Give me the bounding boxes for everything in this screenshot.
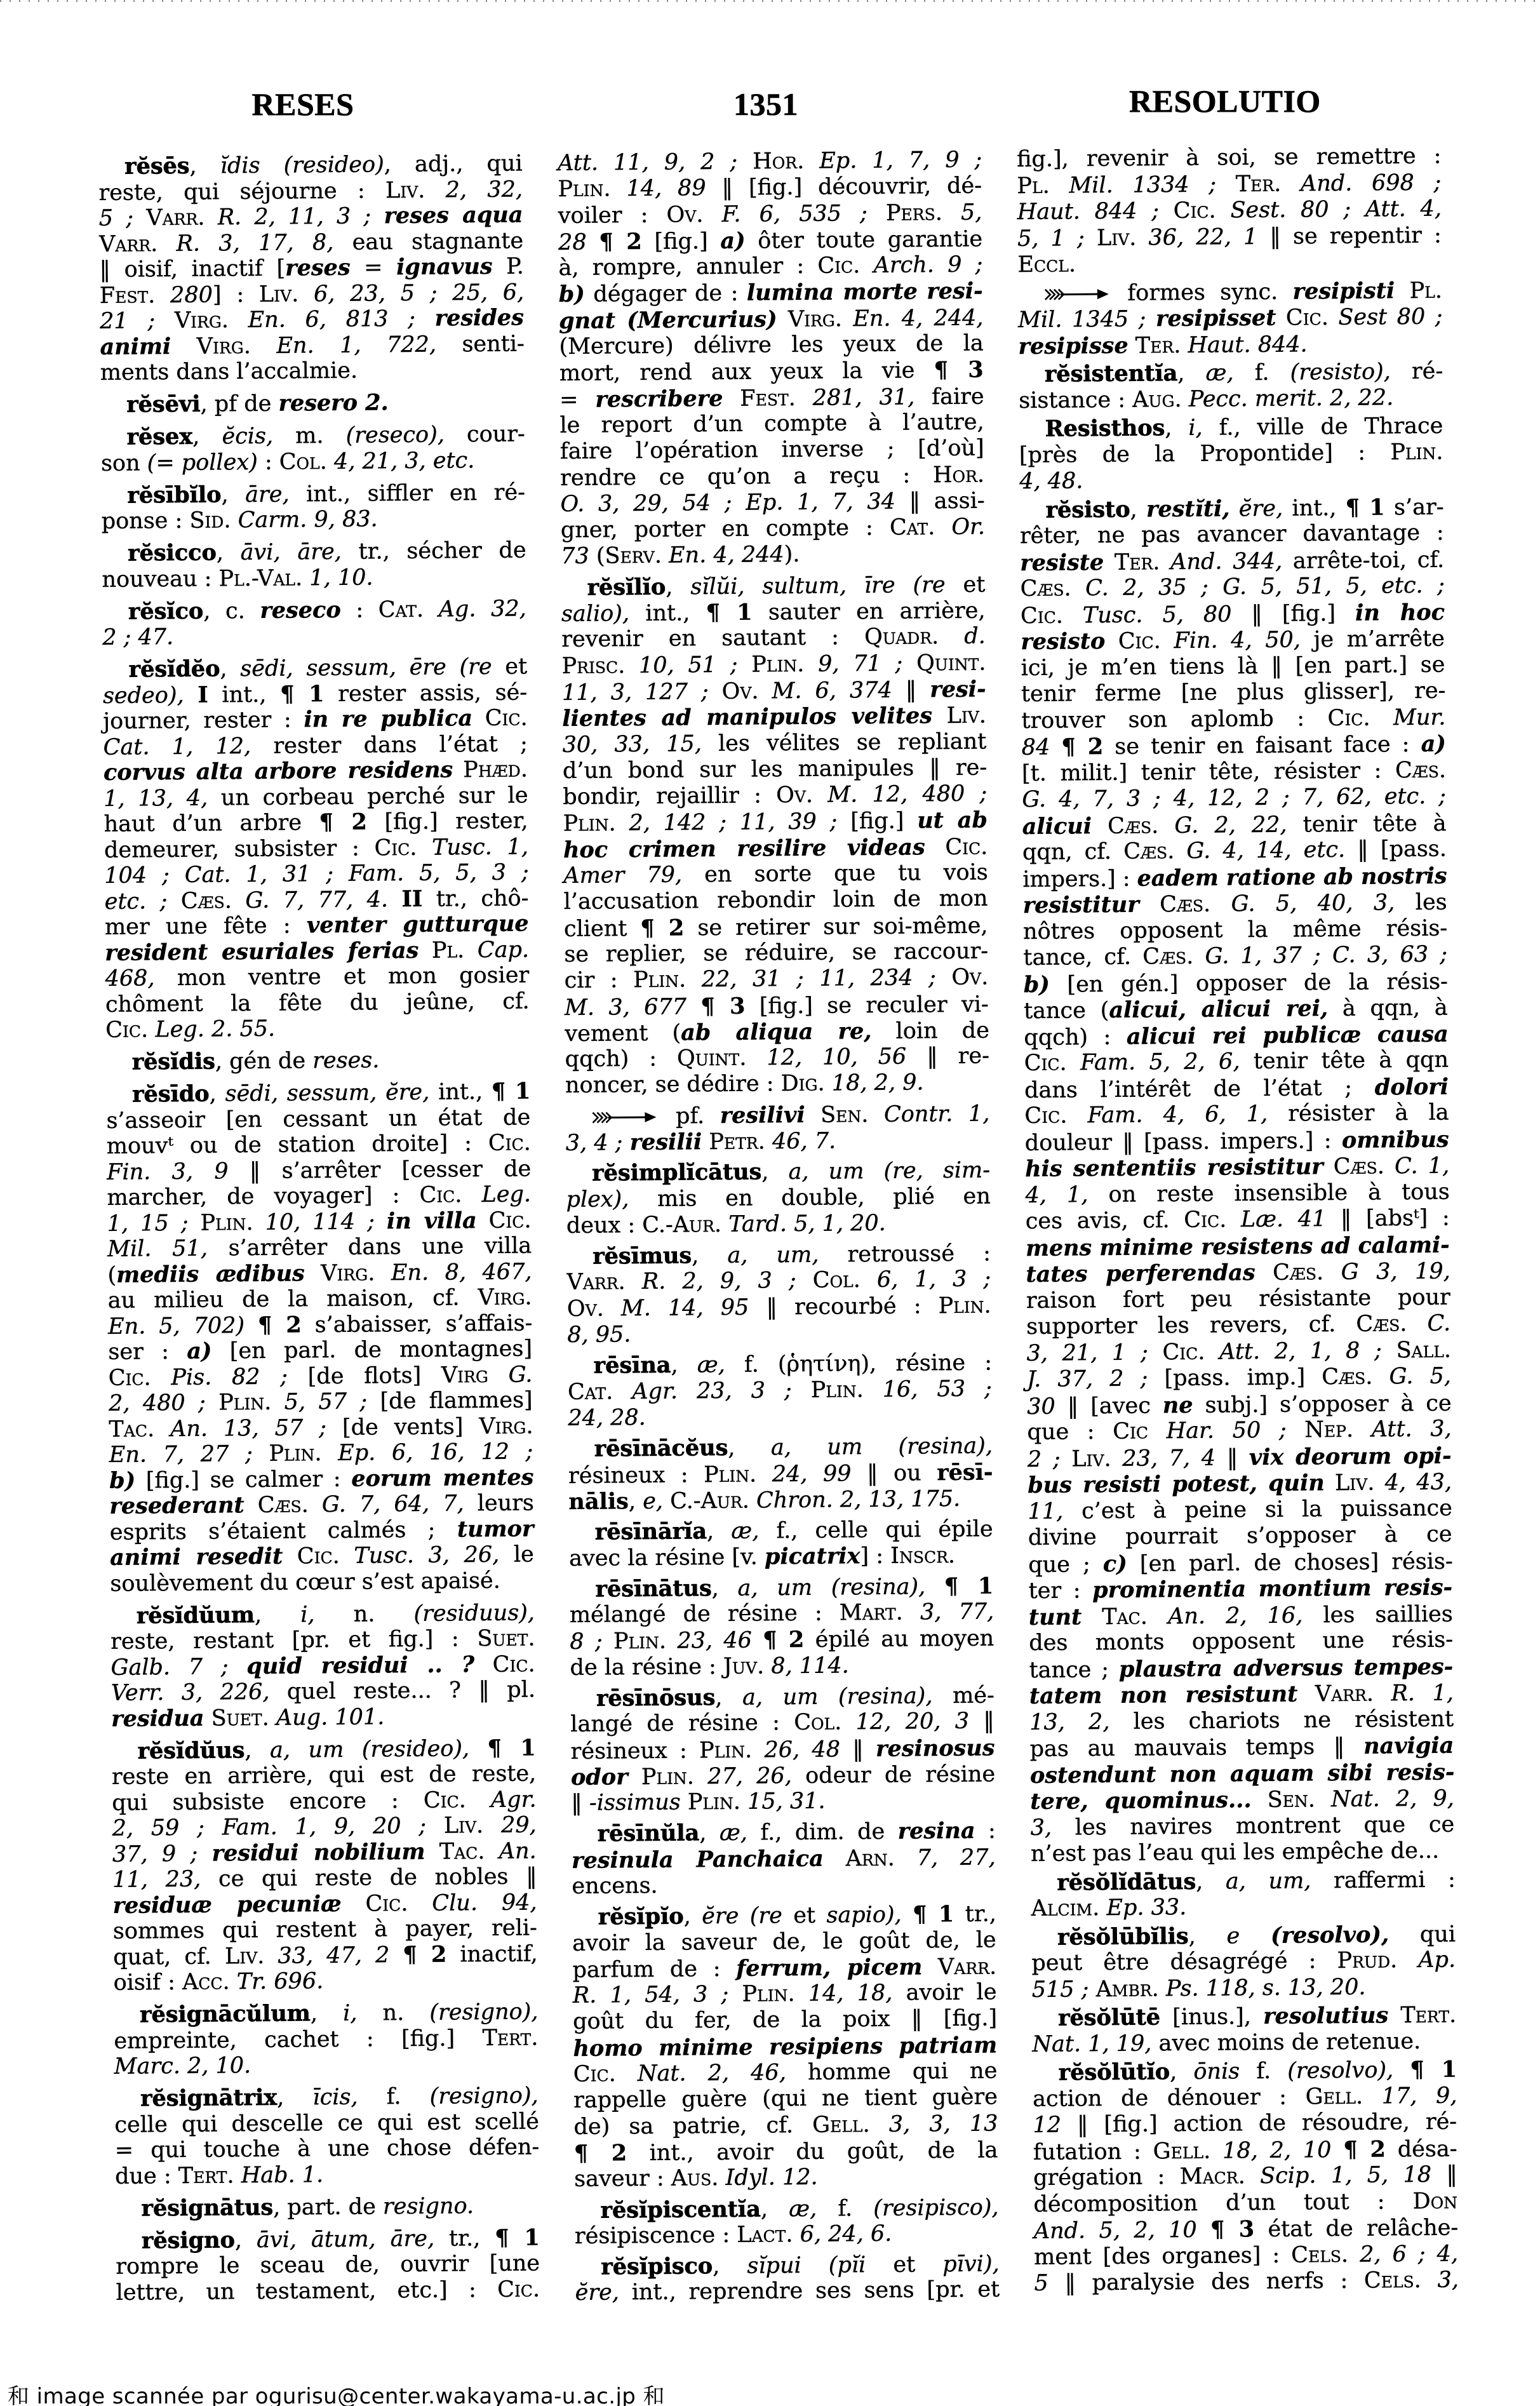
latin-example: plaustra adversus tempes- bbox=[1119, 1653, 1454, 1682]
line-text: 3, les navires montrent que ce bbox=[1030, 1811, 1454, 1841]
text-line: his sententiis resistitur Cæs. C. 1, bbox=[1025, 1153, 1449, 1183]
text-line: 1, 15 ; Plin. 10, 114 ; in villa Cic. bbox=[107, 1207, 532, 1237]
text-line: resistitur Cæs. G. 5, 40, 3, les bbox=[1023, 889, 1447, 919]
text-line: rĕsignātrix, īcis, f. (resigno), bbox=[114, 2083, 539, 2112]
text-line: sistance : Aug. Pecc. merit. 2, 22. bbox=[1019, 384, 1443, 414]
line-text: marcher, de voyager] : Cic. Leg. bbox=[107, 1181, 531, 1211]
text-line: rēsīnōsus, a, um (resina), mé- bbox=[570, 1682, 994, 1712]
headword: rĕsēvi bbox=[126, 391, 201, 418]
citation: Aug. 101. bbox=[276, 1704, 385, 1730]
citation: G. 2, 22, bbox=[1174, 812, 1287, 838]
line-text: Cic. Leg. 2. 55. bbox=[105, 1016, 275, 1044]
text-line: etc. ; Cæs. G. 7, 77, 4. II tr., chô- bbox=[104, 885, 528, 915]
citation: (residuus), bbox=[413, 1600, 535, 1627]
author-abbreviation: Ov. bbox=[567, 1296, 604, 1321]
author-abbreviation: Pl. bbox=[1017, 173, 1050, 198]
latin-example: odor bbox=[571, 1764, 628, 1791]
line-text: [près de la Propontide] : Plin. bbox=[1019, 439, 1443, 469]
text-line: reste, restant [pr. et fig.] : Suet. bbox=[110, 1625, 535, 1655]
latin-example: resistitur bbox=[1023, 892, 1139, 918]
text-line: quat, cf. Liv. 33, 47, 2 ¶ 2 inactif, bbox=[113, 1941, 537, 1970]
latin-example: resident esuriales ferias bbox=[105, 937, 418, 965]
line-text: Amer 79, en sorte que tu vois bbox=[563, 860, 988, 890]
text-line: G. 4, 7, 3 ; 4, 12, 2 ; 7, 62, etc. ; bbox=[1022, 784, 1446, 814]
line-text: le report d’un compte à l’autre, bbox=[559, 410, 984, 440]
citation: 7, 27, bbox=[917, 1845, 996, 1871]
line-text: resisto Cic. Fin. 4, 50, je m’arrête bbox=[1021, 626, 1445, 656]
author-abbreviation: Tert. bbox=[482, 2025, 538, 2051]
citation: And. 698 ; bbox=[1301, 170, 1442, 196]
author-abbreviation: Plin. bbox=[939, 1293, 991, 1319]
citation: 10, 114 ; bbox=[265, 1209, 375, 1235]
entry-continuation: Att. 11, 9, 2 ; Hor. Ep. 1, 7, 9 ;Plin. … bbox=[558, 147, 985, 570]
author-abbreviation: Ov. bbox=[776, 783, 813, 808]
author-abbreviation: Cic. bbox=[1327, 705, 1370, 731]
line-text: Pl. Mil. 1334 ; Ter. And. 698 ; bbox=[1017, 170, 1441, 199]
text-line: 30, 33, 15, les vélites se repliant bbox=[562, 729, 986, 758]
dictionary-entry: rĕsībĭlo, āre, int., siffler en ré-ponse… bbox=[101, 480, 526, 534]
line-text: Varr. R. 3, 17, 8, eau stagnante bbox=[99, 228, 523, 257]
citation: Tr. 696. bbox=[237, 1968, 324, 1994]
citation: Amer 79, bbox=[563, 863, 682, 889]
citation: 18, 2, 10 bbox=[1222, 2137, 1332, 2163]
line-text: Marc. 2, 10. bbox=[114, 2053, 251, 2080]
citation: O. 3, 29, 54 ; Ep. 1, 7, 34 bbox=[560, 489, 895, 517]
line-text: tance, cf. Cæs. G. 1, 37 ; C. 3, 63 ; bbox=[1023, 942, 1447, 972]
text-line: dans l’intérêt de l’état ; dolori bbox=[1024, 1073, 1449, 1103]
line-text: avec la résine [v. picatrix] : Inscr. bbox=[569, 1542, 955, 1572]
author-abbreviation: Nep. bbox=[1304, 1417, 1353, 1443]
text-line: reste en arrière, qui est de reste, bbox=[112, 1761, 536, 1790]
text-line: ser : a) [en parl. de montagnes] bbox=[108, 1336, 532, 1365]
headword: rĕsībĭlo bbox=[127, 481, 221, 508]
citation: 3, 77, bbox=[920, 1599, 994, 1625]
line-text: Resisthos, i, f., ville de Thrace bbox=[1045, 413, 1443, 443]
text-line: client ¶ 2 se retirer sur soi-même, bbox=[564, 912, 988, 942]
text-line: n’est pas l’eau qui les empêche de... bbox=[1031, 1838, 1455, 1868]
citation: 26, 48 bbox=[764, 1737, 840, 1763]
citation: M. 12, 480 ; bbox=[827, 781, 987, 808]
text-line: formes sync. resipisti Pl. bbox=[1018, 277, 1442, 307]
citation: æ, bbox=[697, 1352, 725, 1378]
citation: sedeo), bbox=[103, 682, 184, 708]
line-text: 73 (Serv. En. 4, 244). bbox=[561, 542, 800, 570]
author-abbreviation: Cic. bbox=[497, 2276, 540, 2302]
text-line: rĕsisto, restĭti, ĕre, int., ¶ 1 s’ar- bbox=[1019, 494, 1443, 523]
line-text: bus resisti potest, quin Liv. 4, 43, bbox=[1028, 1469, 1452, 1500]
latin-example: ignavus bbox=[396, 253, 493, 280]
text-line: soulèvement du cœur s’est apaisé. bbox=[110, 1568, 534, 1597]
text-line: Tac. An. 13, 57 ; [de vents] Virg. bbox=[109, 1413, 533, 1442]
line-text: ¶ 2 int., avoir du goût, de la bbox=[574, 2137, 998, 2167]
bold-marker: ¶ 1 bbox=[492, 1078, 531, 1105]
text-line: pas au mauvais temps ‖ navigia bbox=[1029, 1733, 1454, 1763]
line-text: rĕsisto, restĭti, ĕre, int., ¶ 1 s’ar- bbox=[1045, 494, 1443, 524]
citation: Fam. 5, 2, 6, bbox=[1080, 1049, 1240, 1075]
latin-example: ut ab bbox=[917, 807, 988, 834]
line-text: rĕsĭpĭo, ĕre (re et sapio), ¶ 1 tr., bbox=[598, 1901, 996, 1931]
text-line: 104 ; Cat. 1, 31 ; Fam. 5, 5, 3 ; bbox=[104, 859, 528, 889]
scan-credit-footer: 和 image scannée par ogurisu@center.wakay… bbox=[8, 2384, 665, 2406]
author-abbreviation: Cic. bbox=[1024, 1103, 1067, 1129]
citation: G. 7, 64, 7, bbox=[322, 1491, 464, 1517]
author-abbreviation: Suet. bbox=[211, 1705, 269, 1731]
line-text: rĕsŏlūtĭo, ōnis f. (resolvo), ¶ 1 bbox=[1059, 2057, 1457, 2087]
bold-marker: ¶ 1 bbox=[280, 681, 325, 708]
headword: rēsīnārĭa bbox=[595, 1518, 707, 1545]
latin-example: alicui, alicui rei, bbox=[1109, 995, 1328, 1023]
text-line: résineux : Plin. 26, 48 ‖ resinosus bbox=[570, 1735, 994, 1764]
line-text: soulèvement du cœur s’est apaisé. bbox=[110, 1568, 500, 1597]
citation: 30 bbox=[1027, 1394, 1055, 1419]
latin-example: mens minime resistens ad calami- bbox=[1026, 1232, 1450, 1261]
latin-example: venter gutturque bbox=[307, 910, 529, 938]
latin-example: in villa bbox=[387, 1207, 477, 1234]
dictionary-entry: rĕsŏlūtĭo, ōnis f. (resolvo), ¶ 1action … bbox=[1033, 2057, 1459, 2297]
line-text: haut d’un arbre ¶ 2 [fig.] rester, bbox=[104, 808, 528, 837]
citation: 3, 3, 13 bbox=[889, 2111, 998, 2137]
headword: rĕsĭdŭus bbox=[137, 1737, 244, 1764]
bold-marker: ¶ 2 bbox=[640, 915, 684, 941]
text-line: (mediis ædibus Virg. En. 8, 467, bbox=[107, 1259, 532, 1288]
citation: salio), bbox=[561, 601, 629, 627]
author-abbreviation: Quint. bbox=[677, 1045, 747, 1072]
citation: R. 1, 54, 3 ; bbox=[573, 1982, 729, 2008]
latin-example: resi- bbox=[930, 676, 986, 703]
latin-example: tates perferendas bbox=[1026, 1260, 1255, 1287]
latin-example: c) bbox=[1103, 1550, 1127, 1576]
text-line: animi Virg. En. 1, 722, senti- bbox=[100, 331, 524, 360]
text-line: 2 ; 47. bbox=[102, 621, 526, 650]
citation: 280 bbox=[170, 282, 213, 308]
line-text: noncer, se dédire : Dig. 18, 2, 9. bbox=[565, 1070, 924, 1099]
text-line: rappelle guère (qui ne tient guère bbox=[573, 2085, 998, 2114]
line-text: cir : Plin. 22, 31 ; 11, 234 ; Ov. bbox=[565, 965, 989, 995]
line-text: 468, mon ventre et mon gosier bbox=[105, 962, 529, 991]
citation: Tusc. 5, 80 bbox=[1083, 601, 1232, 628]
author-abbreviation: Col. bbox=[279, 449, 327, 475]
text-line: Resisthos, i, f., ville de Thrace bbox=[1019, 413, 1443, 443]
citation: pīvi), bbox=[942, 2252, 1000, 2278]
author-abbreviation: Plin. bbox=[1390, 439, 1443, 465]
text-line: Cat. 1, 12, rester dans l’état ; bbox=[103, 731, 527, 760]
text-line: empreinte, cachet : [fig.] Tert. bbox=[114, 2025, 538, 2054]
author-abbreviation: Hor. bbox=[753, 149, 804, 175]
text-line: mélangé de résine : Mart. 3, 77, bbox=[570, 1599, 994, 1629]
line-text: 5, 1 ; Liv. 36, 22, 1 ‖ se repentir : bbox=[1017, 222, 1442, 252]
dictionary-entry: rēsīna, æ, f. (ῥητίνη), résine :Cat. Agr… bbox=[568, 1350, 993, 1432]
text-line: des monts opposent une résis- bbox=[1029, 1627, 1453, 1657]
citation: 37, 9 ; bbox=[112, 1841, 198, 1867]
author-abbreviation: Acc. bbox=[182, 1969, 230, 1995]
text-line: ces avis, cf. Cic. Læ. 41 ‖ [absᵗ] : bbox=[1026, 1206, 1450, 1235]
text-line: animi resedit Cic. Tusc. 3, 26, le bbox=[110, 1542, 534, 1571]
citation: 281, 31, bbox=[813, 384, 915, 410]
dictionary-page: RESES 1351 RESOLUTIO rĕsēs, ĭdis (reside… bbox=[0, 0, 1540, 2406]
citation: āvi, ātum, āre, bbox=[257, 2226, 434, 2252]
citation: Marc. 2, 10. bbox=[114, 2053, 251, 2080]
bold-marker: ¶ 2 bbox=[403, 1941, 446, 1968]
citation: G. 7, 77, 4. bbox=[245, 887, 388, 913]
bold-marker: ¶ 1 bbox=[1346, 494, 1385, 521]
author-abbreviation: P. bbox=[506, 254, 524, 279]
line-text: rĕsignācŭlum, i, n. (resigno), bbox=[140, 1999, 539, 2028]
text-line: chôment la fête du jeûne, cf. bbox=[105, 988, 530, 1018]
line-text: tance (alicui, alicui rei, à qqn, à bbox=[1024, 995, 1448, 1025]
latin-example: lientes ad manipulos velites bbox=[562, 702, 932, 732]
text-line: bondir, rejaillir : Ov. M. 12, 480 ; bbox=[563, 781, 987, 811]
line-text: rĕsēvi, pf de resero 2. bbox=[126, 390, 389, 418]
latin-example: a) bbox=[1421, 731, 1446, 757]
author-abbreviation: Hor. bbox=[933, 462, 984, 488]
line-text: mouvᵗ ou de station droite] : Cic. bbox=[107, 1130, 531, 1159]
line-text: nôtres opposent la même résis- bbox=[1023, 915, 1447, 945]
text-line: tunt Tac. An. 2, 16, les saillies bbox=[1029, 1601, 1453, 1630]
citation: Sest. 80 ; Att. 4, bbox=[1230, 196, 1442, 224]
citation: ĕre (re bbox=[702, 1904, 782, 1930]
text-line: au milieu de la maison, cf. Virg. bbox=[108, 1284, 532, 1314]
latin-example: ne bbox=[1163, 1392, 1193, 1418]
dictionary-entry: rĕsŏlĭdātus, a, um, raffermi :Alcim. Ep.… bbox=[1031, 1866, 1456, 1922]
text-line: qqn, cf. Cæs. G. 4, 14, etc. ‖ [pass. bbox=[1022, 837, 1447, 866]
line-text: action de dénouer : Gell. 17, 9, bbox=[1033, 2083, 1457, 2113]
line-text: voiler : Ov. F. 6, 535 ; Pers. 5, bbox=[558, 199, 982, 229]
citation: 5, 1 ; bbox=[1017, 225, 1085, 252]
line-text: Cic. Fam. 5, 2, 6, tenir tête à qqn bbox=[1024, 1047, 1449, 1077]
bold-marker: ¶ 2 bbox=[319, 809, 367, 836]
text-line: 1, 13, 4, un corbeau perché sur le bbox=[104, 783, 528, 812]
citation: 3, bbox=[1030, 1815, 1052, 1840]
text-line: son (= pollex) : Col. 4, 21, 3, etc. bbox=[101, 447, 525, 476]
latin-example: navigia bbox=[1363, 1733, 1454, 1759]
text-line: ments dans l’accalmie. bbox=[100, 357, 525, 386]
text-line: alicui Cæs. G. 2, 22, tenir tête à bbox=[1022, 810, 1447, 840]
latin-example: resinosus bbox=[876, 1735, 995, 1762]
citation: And. 5, 2, 10 bbox=[1034, 2217, 1197, 2244]
citation: C. bbox=[1427, 1311, 1450, 1336]
line-text: Plin. 2, 142 ; 11, 39 ; [fig.] ut ab bbox=[563, 807, 988, 838]
latin-example: animi bbox=[100, 333, 171, 360]
line-text: résipiscence : Lact. 6, 24, 6. bbox=[575, 2221, 892, 2250]
line-text: fig.], revenir à soi, se remettre : bbox=[1017, 144, 1442, 173]
citation: 515 ; bbox=[1032, 1977, 1089, 2003]
latin-example: picatrix bbox=[765, 1543, 860, 1570]
author-abbreviation: Liv. bbox=[1097, 225, 1137, 251]
citation: 1, 13, 4, bbox=[104, 785, 208, 811]
author-abbreviation: Cic. bbox=[1286, 305, 1329, 331]
author-abbreviation: Liv. bbox=[946, 703, 986, 729]
line-text: O. 3, 29, 54 ; Ep. 1, 7, 34 ‖ assi- bbox=[560, 488, 984, 518]
line-text: ĕre, int., reprendre ses sens [pr. et bbox=[575, 2277, 1000, 2307]
headword: rēsīna bbox=[594, 1352, 671, 1379]
line-text: Verr. 3, 226, quel reste... ? ‖ pl. bbox=[111, 1677, 535, 1706]
author-abbreviation: Sall. bbox=[1396, 1337, 1451, 1363]
text-line: rêter, ne pas avancer davantage : bbox=[1020, 520, 1444, 550]
line-text: Nat. 1, 19, avec moins de retenue. bbox=[1032, 2029, 1421, 2059]
text-line: reste, qui séjourne : Liv. 2, 32, bbox=[98, 177, 523, 206]
line-text: resipisse Ter. Haut. 844. bbox=[1018, 331, 1308, 360]
text-line: rĕsĭpiscentĭa, æ, f. (resipisco), bbox=[574, 2194, 998, 2224]
citation: Att. 3, bbox=[1372, 1416, 1452, 1442]
citation: An. bbox=[499, 1838, 537, 1864]
line-text: tere, quominus... Sen. Nat. 2, 9, bbox=[1030, 1785, 1454, 1816]
text-line: supporter les revers, cf. Cæs. C. bbox=[1026, 1311, 1450, 1341]
author-abbreviation: Cæs. bbox=[1356, 1311, 1407, 1337]
line-text: goût du fer, de la poix ‖ [fig.] bbox=[573, 2006, 997, 2036]
text-line: rĕsĭdĕo, sēdi, sessum, ēre (re et bbox=[102, 654, 526, 683]
author-abbreviation: Cic. bbox=[573, 2061, 616, 2087]
line-text: 1, 15 ; Plin. 10, 114 ; in villa Cic. bbox=[107, 1207, 532, 1237]
line-text: plex), mis en double, plié en bbox=[566, 1183, 991, 1213]
citation: J. 37, 2 ; bbox=[1027, 1366, 1148, 1393]
line-text: que ; c) [en parl. de choses] résis- bbox=[1028, 1548, 1453, 1578]
dictionary-entry: rĕsŏlūbĭlis, e (resolvo), quipeut être d… bbox=[1031, 1921, 1456, 2003]
author-abbreviation: Plin. bbox=[699, 1737, 752, 1763]
headword: rĕsĭlĭo bbox=[587, 574, 666, 600]
latin-example: resolutius bbox=[1263, 2002, 1388, 2029]
line-text: rĕsignātrix, īcis, f. (resigno), bbox=[140, 2083, 539, 2112]
line-text: animi resedit Cic. Tusc. 3, 26, le bbox=[110, 1542, 534, 1571]
author-abbreviation: Cæs. bbox=[181, 888, 232, 914]
bold-marker: ¶ 1 bbox=[944, 1573, 994, 1599]
latin-example: residua bbox=[111, 1705, 204, 1731]
dictionary-entry: rēsīnācĕus, a, um (resina),résineux : Pl… bbox=[568, 1433, 993, 1515]
line-text: rēsīna, æ, f. (ῥητίνη), résine : bbox=[594, 1350, 993, 1380]
citation: Mil. 51, bbox=[107, 1236, 208, 1262]
citation: 36, 22, 1 bbox=[1148, 224, 1257, 250]
citation: 5, bbox=[961, 199, 982, 225]
author-abbreviation: Plin. bbox=[633, 967, 686, 993]
citation: Att. 2, 1, 8 ; bbox=[1219, 1338, 1382, 1364]
citation: Ag. 32, bbox=[439, 596, 526, 622]
text-line: R. 1, 54, 3 ; Plin. 14, 18, avoir le bbox=[573, 1980, 997, 2010]
text-line: Cic. Fam. 4, 6, 1, résister à la bbox=[1024, 1100, 1449, 1130]
text-line: 11, 23, ce qui reste de nobles ‖ bbox=[112, 1864, 537, 1893]
citation: (= pollex) bbox=[147, 449, 258, 475]
author-abbreviation: Aug. bbox=[1132, 387, 1182, 413]
text-line: rēsīnātus, a, um (resina), ¶ 1 bbox=[569, 1573, 993, 1603]
citation: ĕre, bbox=[575, 2280, 619, 2306]
line-text: ment [des organes] : Cels. 2, 6 ; 4, bbox=[1034, 2241, 1458, 2271]
text-line: Verr. 3, 226, quel reste... ? ‖ pl. bbox=[111, 1677, 535, 1706]
headword: rĕsĭdĕo bbox=[128, 655, 220, 682]
headword: rĕsŏlūtĭo bbox=[1059, 2059, 1170, 2085]
author-abbreviation: Cic. bbox=[419, 1182, 462, 1208]
dictionary-entry: rĕsĭpĭo, ĕre (re et sapio), ¶ 1 tr.,avoi… bbox=[572, 1901, 999, 2193]
author-abbreviation: Cæs. bbox=[1334, 1153, 1384, 1179]
citation: Haut. 844. bbox=[1188, 332, 1308, 358]
line-text: ponse : Sid. Carm. 9, 83. bbox=[102, 506, 378, 534]
line-text: Att. 11, 9, 2 ; Hor. Ep. 1, 7, 9 ; bbox=[558, 147, 982, 177]
headword: rĕsisto bbox=[1045, 496, 1130, 523]
headword: rĕsīdo bbox=[132, 1081, 210, 1108]
dictionary-entry: rĕsēs, ĭdis (resideo), adj., quireste, q… bbox=[98, 151, 525, 386]
author-abbreviation: Sen. bbox=[820, 1102, 869, 1128]
text-line: residua Suet. Aug. 101. bbox=[111, 1703, 535, 1732]
line-text: Fest. 280] : Liv. 6, 23, 5 ; 25, 6, bbox=[100, 279, 525, 309]
text-line: = rescribere Fest. 281, 31, faire bbox=[559, 383, 984, 413]
line-text: Cic. Pis. 82 ; [de flots] Virg G. bbox=[109, 1362, 533, 1391]
author-abbreviation: Ov. bbox=[722, 678, 759, 704]
line-text: ‖ oisif, inactif [reses = ignavus P. bbox=[99, 254, 524, 283]
latin-example: tunt bbox=[1029, 1604, 1082, 1630]
bold-marker: ¶ 3 bbox=[1210, 2216, 1254, 2243]
line-text: Eccl. bbox=[1017, 252, 1076, 278]
line-text: résineux : Plin. 26, 48 ‖ resinosus bbox=[570, 1735, 994, 1765]
bold-marker: ¶ 1 bbox=[913, 1901, 954, 1928]
text-line: Alcim. Ep. 33. bbox=[1031, 1893, 1456, 1923]
feathered-arrow-icon bbox=[1044, 286, 1110, 302]
line-text: rĕsigno, āvi, ātum, āre, tr., ¶ 1 bbox=[142, 2225, 540, 2254]
bold-marker: ¶ 2 bbox=[599, 229, 642, 255]
headword: rĕsĭpiscentĭa bbox=[600, 2196, 761, 2223]
text-line: En. 5, 702) ¶ 2 s’abaisser, s’affais- bbox=[108, 1310, 532, 1340]
headword: rĕsĭpĭo bbox=[598, 1904, 684, 1930]
text-line: qqch) : Quint. 12, 10, 56 ‖ re- bbox=[565, 1044, 989, 1073]
text-line: qqch) : alicui rei publicæ causa bbox=[1024, 1021, 1448, 1051]
citation: Fin. 3, 9 bbox=[107, 1159, 229, 1185]
citation: Nat. 1, 19, bbox=[1032, 2031, 1151, 2057]
dictionary-entry: rĕsĭdĕo, sēdi, sessum, ēre (re etsedeo),… bbox=[102, 654, 530, 1043]
dictionary-entry: rēsīnātus, a, um (resina), ¶ 1mélangé de… bbox=[569, 1573, 994, 1681]
author-abbreviation: Lact. bbox=[737, 2222, 793, 2248]
dictionary-entry: rĕsex, ĕcis, m. (reseco), cour-son (= po… bbox=[100, 422, 525, 476]
line-text: Cat. Agr. 23, 3 ; Plin. 16, 53 ; bbox=[568, 1376, 992, 1406]
text-line: b) dégager de : lumina morte resi- bbox=[559, 278, 983, 308]
author-abbreviation: Cic. bbox=[488, 1130, 531, 1156]
latin-example: ab aliqua re, bbox=[681, 1018, 872, 1045]
text-line: odor Plin. 27, 26, odeur de résine bbox=[571, 1761, 995, 1791]
bold-marker: ¶ 3 bbox=[934, 357, 983, 384]
form-note: pf. resilivi Sen. Contr. 1,3, 4 ; resili… bbox=[565, 1100, 990, 1156]
text-line: l’accusation rebondir loin de mon bbox=[564, 886, 988, 916]
citation: 46, 7. bbox=[772, 1129, 836, 1155]
line-text: 8 ; Plin. 23, 46 ¶ 2 épilé au moyen bbox=[570, 1625, 994, 1656]
text-line: voiler : Ov. F. 6, 535 ; Pers. 5, bbox=[558, 199, 982, 229]
latin-example: homo minime resipiens patriam bbox=[573, 2032, 997, 2061]
author-abbreviation: Virg. bbox=[175, 307, 229, 333]
citation: 24, 28. bbox=[568, 1405, 646, 1431]
line-text: corvus alta arbore residens Phæd. bbox=[104, 756, 528, 786]
citation: 2 ; bbox=[1028, 1446, 1061, 1472]
line-text: b) [en gén.] opposer de la résis- bbox=[1024, 968, 1448, 998]
line-text: Mil. 51, s’arrêter dans une villa bbox=[107, 1233, 532, 1262]
author-abbreviation: Cic bbox=[1113, 1419, 1148, 1444]
citation: 2, 142 ; 11, 39 ; bbox=[629, 809, 837, 837]
line-text: And. 5, 2, 10 ¶ 3 état de relâche- bbox=[1034, 2215, 1459, 2245]
latin-example: resipisset bbox=[1156, 305, 1276, 332]
text-line: residuæ pecuniæ Cic. Clu. 94, bbox=[112, 1890, 537, 1919]
headword: rĕsīmus bbox=[593, 1243, 692, 1270]
text-line: 24, 28. bbox=[568, 1402, 992, 1432]
citation: Carm. 9, 83. bbox=[238, 506, 377, 533]
line-text: gnat (Mercurius) Virg. En. 4, 244, bbox=[559, 304, 984, 335]
citation: 6, 24, 6. bbox=[800, 2221, 892, 2247]
line-text: 2, 480 ; Plin. 5, 57 ; [de flammes] bbox=[109, 1387, 533, 1416]
citation: G. 1, 37 ; C. 3, 63 ; bbox=[1205, 942, 1447, 969]
text-columns: rĕsēs, ĭdis (resideo), adj., quireste, q… bbox=[0, 0, 1540, 2406]
citation: G. 5, bbox=[1389, 1364, 1451, 1390]
text-line: 5 ‖ paralysie des nerfs : Cels. 3, bbox=[1034, 2268, 1458, 2297]
line-text: En. 7, 27 ; Plin. Ep. 6, 16, 12 ; bbox=[109, 1439, 533, 1468]
citation: En. 1, 722, bbox=[276, 332, 436, 358]
text-line: Varr. R. 2, 9, 3 ; Col. 6, 1, 3 ; bbox=[566, 1267, 991, 1296]
latin-example: alicui rei publicæ causa bbox=[1127, 1021, 1449, 1049]
text-line: parfum de : ferrum, picem Varr. bbox=[572, 1953, 996, 1983]
text-line: Cic. Leg. 2. 55. bbox=[105, 1014, 530, 1043]
citation: R. 2, 11, 3 ; bbox=[218, 203, 372, 230]
author-abbreviation: Pl.-Val. bbox=[218, 565, 302, 591]
